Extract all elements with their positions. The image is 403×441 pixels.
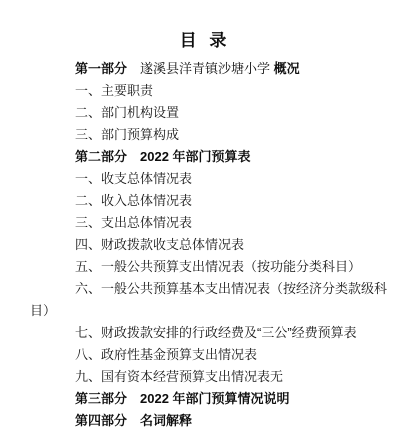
toc-text-segment: 三、部门预算构成 [75,127,179,142]
toc-text-segment: 第三部分 2022 年部门预算情况说明 [75,391,290,406]
toc-text-segment: 第四部分 名词解释 [75,413,192,428]
toc-section-heading: 第四部分 名词解释 [30,410,377,432]
toc-text-segment: 第二部分 2022 年部门预算表 [75,149,251,164]
toc-title: 目 录 [30,28,377,54]
toc-text-segment [127,61,140,76]
toc-entry: 三、部门预算构成 [30,124,377,146]
toc-section-heading: 第二部分 2022 年部门预算表 [30,146,377,168]
toc-text-segment: 七、财政拨款安排的行政经费及“三公”经费预算表 [75,325,357,340]
toc-text-segment: 遂溪县洋青镇沙塘小学 [140,61,274,76]
toc-text-segment: 五、一般公共预算支出情况表（按功能分类科目） [75,259,361,274]
toc-list: 第一部分 遂溪县洋青镇沙塘小学 概况一、主要职责二、部门机构设置三、部门预算构成… [30,58,377,432]
toc-text-segment: 四、财政拨款收支总体情况表 [75,237,244,252]
document-page: 目 录 第一部分 遂溪县洋青镇沙塘小学 概况一、主要职责二、部门机构设置三、部门… [0,0,403,441]
toc-text-segment: 二、收入总体情况表 [75,193,192,208]
toc-text-segment: 目） [30,303,56,318]
toc-entry: 六、一般公共预算基本支出情况表（按经济分类款级科 [30,278,377,300]
toc-entry: 四、财政拨款收支总体情况表 [30,234,377,256]
toc-entry: 七、财政拨款安排的行政经费及“三公”经费预算表 [30,322,377,344]
toc-entry: 三、支出总体情况表 [30,212,377,234]
toc-entry: 二、部门机构设置 [30,102,377,124]
toc-entry: 一、主要职责 [30,80,377,102]
toc-section-heading: 第三部分 2022 年部门预算情况说明 [30,388,377,410]
toc-text-segment: 概况 [274,61,300,76]
toc-text-segment: 八、政府性基金预算支出情况表 [75,347,257,362]
toc-text-segment: 三、支出总体情况表 [75,215,192,230]
toc-entry-continuation: 目） [30,300,377,322]
toc-text-segment: 九、国有资本经营预算支出情况表无 [75,369,283,384]
toc-text-segment: 一、收支总体情况表 [75,171,192,186]
toc-entry: 八、政府性基金预算支出情况表 [30,344,377,366]
toc-text-segment: 二、部门机构设置 [75,105,179,120]
toc-text-segment: 一、主要职责 [75,83,153,98]
toc-entry: 二、收入总体情况表 [30,190,377,212]
toc-text-segment: 六、一般公共预算基本支出情况表（按经济分类款级科 [75,281,387,296]
toc-text-segment: 第一部分 [75,61,127,76]
toc-entry: 一、收支总体情况表 [30,168,377,190]
toc-entry: 九、国有资本经营预算支出情况表无 [30,366,377,388]
toc-section-heading: 第一部分 遂溪县洋青镇沙塘小学 概况 [30,58,377,80]
toc-entry: 五、一般公共预算支出情况表（按功能分类科目） [30,256,377,278]
